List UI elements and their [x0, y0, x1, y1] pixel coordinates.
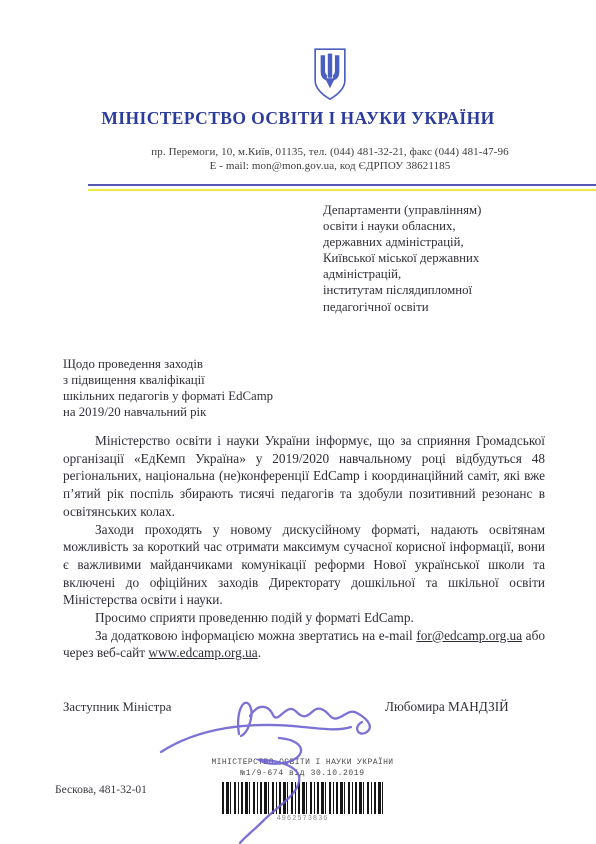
- letterhead-address-line: пр. Перемоги, 10, м.Київ, 01135, тел. (0…: [68, 146, 592, 158]
- recipient-block: Департаменти (управлінням) освіти і наук…: [323, 202, 553, 315]
- ministry-title: МІНІСТЕРСТВО ОСВІТИ І НАУКИ УКРАЇНИ: [0, 108, 596, 129]
- barcode-number: 4962573836: [180, 815, 425, 823]
- subject-line: Щодо проведення заходів: [63, 356, 363, 372]
- body-paragraph: Міністерство освіти і науки України інфо…: [63, 432, 545, 521]
- recipient-line: адміністрацій,: [323, 266, 553, 282]
- recipient-line: інститутам післядипломної: [323, 282, 553, 298]
- recipient-line: педагогічної освіти: [323, 299, 553, 315]
- subject-line: з підвищення кваліфікації: [63, 372, 363, 388]
- recipient-line: Київської міської державних: [323, 250, 553, 266]
- closing-text: .: [258, 645, 261, 660]
- executor-contact: Бескова, 481-32-01: [55, 784, 147, 796]
- body-paragraph: Заходи проходять у новому дискусійному ф…: [63, 521, 545, 610]
- ukraine-trident-icon: [308, 46, 352, 104]
- recipient-line: Департаменти (управлінням): [323, 202, 553, 218]
- website-link[interactable]: www.edcamp.org.ua: [148, 645, 257, 660]
- recipient-line: освіти і науки обласних,: [323, 218, 553, 234]
- recipient-line: державних адміністрацій,: [323, 234, 553, 250]
- separator-blue-line: [88, 184, 596, 186]
- closing-text: За додатковою інформацією можна звертати…: [95, 628, 416, 643]
- letter-body: Міністерство освіти і науки України інфо…: [63, 432, 545, 662]
- stamp-org-line: МІНІСТЕРСТВО ОСВІТИ І НАУКИ УКРАЇНИ: [180, 758, 425, 767]
- barcode: [222, 782, 384, 814]
- signer-name: Любомира МАНДЗІЙ: [385, 699, 509, 715]
- body-paragraph: Просимо сприяти проведенню подій у форма…: [63, 609, 545, 627]
- letter-page: МІНІСТЕРСТВО ОСВІТИ І НАУКИ УКРАЇНИ пр. …: [0, 0, 596, 844]
- letterhead-email-line: Е - mail: mon@mon.gov.ua, код ЄДРПОУ 386…: [68, 160, 592, 172]
- body-paragraph: За додатковою інформацією можна звертати…: [63, 627, 545, 662]
- subject-line: на 2019/20 навчальний рік: [63, 404, 363, 420]
- registration-stamp: МІНІСТЕРСТВО ОСВІТИ І НАУКИ УКРАЇНИ №1/9…: [180, 758, 425, 823]
- separator-yellow-line: [88, 189, 596, 191]
- subject-line: шкільних педагогів у форматі EdCamp: [63, 388, 363, 404]
- email-link[interactable]: for@edcamp.org.ua: [416, 628, 522, 643]
- stamp-number-line: №1/9-674 від 30.10.2019: [180, 769, 425, 778]
- signer-position-title: Заступник Міністра: [63, 700, 171, 715]
- subject-block: Щодо проведення заходів з підвищення ква…: [63, 356, 363, 420]
